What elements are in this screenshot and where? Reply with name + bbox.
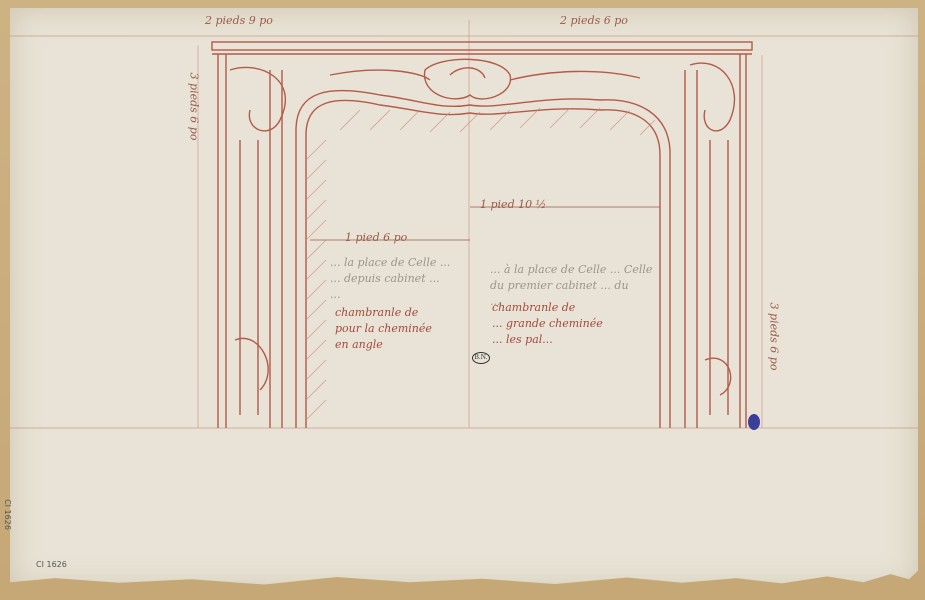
dimension-opening: 1 pied 10 ½ xyxy=(480,198,546,211)
collection-stamp: B.N. xyxy=(472,352,490,364)
blue-stamp xyxy=(748,414,760,430)
right-red-note: chambranle de... grande cheminée... les … xyxy=(492,300,603,348)
dimension-top-left: 2 pieds 9 po xyxy=(205,14,273,27)
dimension-top-right: 2 pieds 6 po xyxy=(560,14,628,27)
left-red-note: chambranle depour la cheminéeen angle xyxy=(335,305,432,353)
left-pencil-note: ... la place de Celle ...... depuis cabi… xyxy=(330,255,450,303)
dimension-jamb: 1 pied 6 po xyxy=(345,231,407,244)
dimension-left-height: 3 pieds 6 po xyxy=(187,73,200,141)
mantel-drawing xyxy=(0,0,925,600)
side-inventory-number: CI 1626 xyxy=(3,499,12,530)
dimension-right-height: 3 pieds 6 po xyxy=(767,303,780,371)
inventory-number: CI 1626 xyxy=(36,560,67,569)
